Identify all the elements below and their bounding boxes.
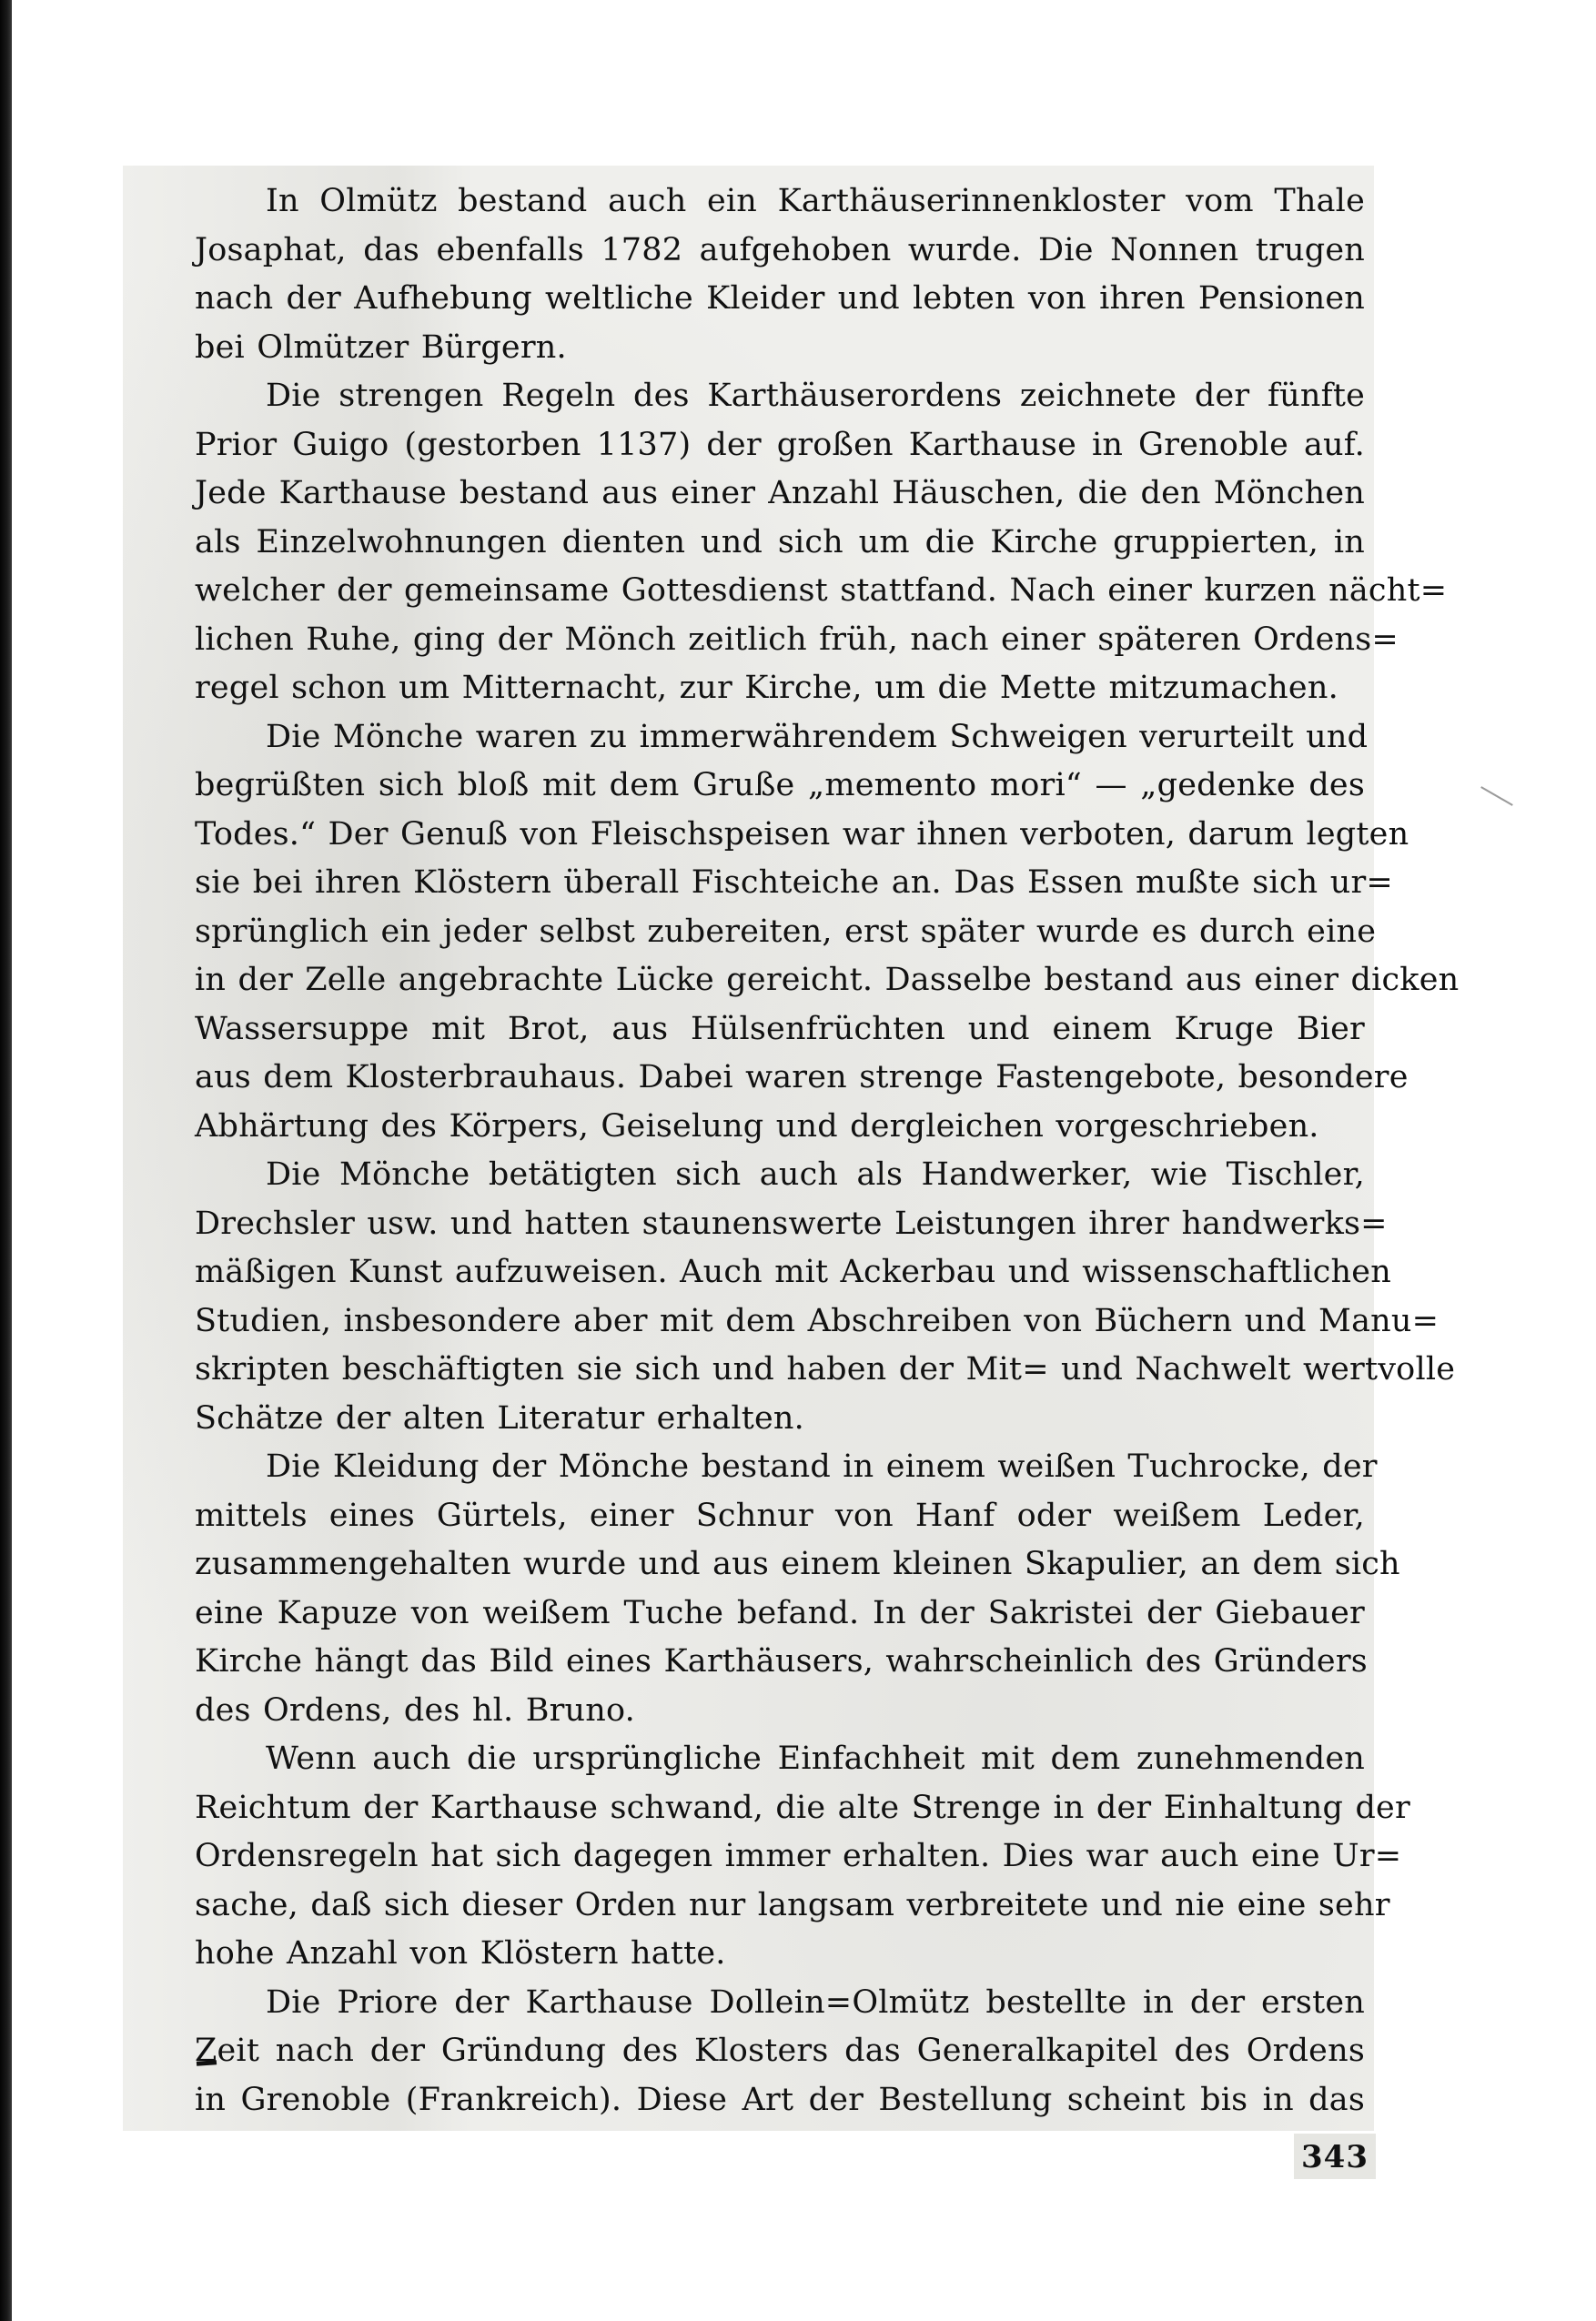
paragraph: Die Kleidung der Mönche bestand in einem…	[195, 1443, 1365, 1735]
text-line: in der Zelle angebrachte Lücke gereicht.…	[195, 956, 1365, 1005]
text-line: Abhärtung des Körpers, Geiselung und der…	[195, 1103, 1365, 1152]
text-line: Todes.“ Der Genuß von Fleischspeisen war…	[195, 811, 1365, 860]
paragraph: Wenn auch die ursprüngliche Einfachheit …	[195, 1735, 1365, 1979]
text-line: Studien, insbesondere aber mit dem Absch…	[195, 1297, 1365, 1347]
paragraph: In Olmütz bestand auch ein Karthäuserinn…	[195, 177, 1365, 372]
text-line: Jede Karthause bestand aus einer Anzahl …	[195, 469, 1365, 519]
page-body-text: In Olmütz bestand auch ein Karthäuserinn…	[195, 177, 1365, 2124]
stray-scan-mark	[1480, 786, 1513, 806]
text-line: Ordensregeln hat sich dagegen immer erha…	[195, 1832, 1365, 1882]
text-line: Josaphat, das ebenfalls 1782 aufgehoben …	[195, 227, 1365, 276]
text-line: Die Priore der Karthause Dollein=Olmütz …	[195, 1979, 1365, 2028]
scan-binding-edge	[0, 0, 12, 2321]
text-line: Schätze der alten Literatur erhalten.	[195, 1395, 1365, 1444]
text-line: Reichtum der Karthause schwand, die alte…	[195, 1784, 1365, 1833]
page-number: 343	[1294, 2134, 1376, 2179]
text-line: Die Kleidung der Mönche bestand in einem…	[195, 1443, 1365, 1492]
text-line: Drechsler usw. und hatten staunenswerte …	[195, 1200, 1365, 1249]
text-line: sache, daß sich dieser Orden nur langsam…	[195, 1882, 1365, 1931]
text-line: aus dem Klosterbrauhaus. Dabei waren str…	[195, 1054, 1365, 1103]
text-line: Prior Guigo (gestorben 1137) der großen …	[195, 421, 1365, 470]
paragraph: Die Priore der Karthause Dollein=Olmütz …	[195, 1979, 1365, 2125]
text-line: als Einzelwohnungen dienten und sich um …	[195, 519, 1365, 568]
text-line: In Olmütz bestand auch ein Karthäuserinn…	[195, 177, 1365, 227]
text-line: Die Mönche betätigten sich auch als Hand…	[195, 1151, 1365, 1200]
text-line: skripten beschäftigten sie sich und habe…	[195, 1346, 1365, 1395]
text-line: zusammengehalten wurde und aus einem kle…	[195, 1540, 1365, 1589]
text-line: regel schon um Mitternacht, zur Kirche, …	[195, 664, 1365, 713]
text-line: sie bei ihren Klöstern überall Fischteic…	[195, 859, 1365, 908]
text-line: sprünglich ein jeder selbst zubereiten, …	[195, 908, 1365, 957]
text-line: begrüßten sich bloß mit dem Gruße „memen…	[195, 762, 1365, 811]
text-line: bei Olmützer Bürgern.	[195, 324, 1365, 373]
text-line: welcher der gemeinsame Gottesdienst stat…	[195, 567, 1365, 616]
text-line: lichen Ruhe, ging der Mönch zeitlich frü…	[195, 616, 1365, 665]
text-line: in Grenoble (Frankreich). Diese Art der …	[195, 2076, 1365, 2125]
text-line: Die Mönche waren zu immerwährendem Schwe…	[195, 713, 1365, 762]
text-line: mittels eines Gürtels, einer Schnur von …	[195, 1492, 1365, 1541]
text-line: nach der Aufhebung weltliche Kleider und…	[195, 275, 1365, 324]
text-line: Wassersuppe mit Brot, aus Hülsenfrüchten…	[195, 1005, 1365, 1055]
text-line: Kirche hängt das Bild eines Karthäusers,…	[195, 1638, 1365, 1687]
text-line: mäßigen Kunst aufzuweisen. Auch mit Acke…	[195, 1248, 1365, 1297]
text-line: Wenn auch die ursprüngliche Einfachheit …	[195, 1735, 1365, 1784]
text-line: des Ordens, des hl. Bruno.	[195, 1687, 1365, 1736]
paragraph: Die Mönche betätigten sich auch als Hand…	[195, 1151, 1365, 1443]
paragraph: Die strengen Regeln des Karthäuserordens…	[195, 372, 1365, 713]
text-line: hohe Anzahl von Klöstern hatte.	[195, 1930, 1365, 1979]
text-line: eine Kapuze von weißem Tuche befand. In …	[195, 1589, 1365, 1639]
text-line: Die strengen Regeln des Karthäuserordens…	[195, 372, 1365, 421]
paragraph: Die Mönche waren zu immerwährendem Schwe…	[195, 713, 1365, 1152]
text-line: Zeit nach der Gründung des Klosters das …	[195, 2027, 1365, 2076]
